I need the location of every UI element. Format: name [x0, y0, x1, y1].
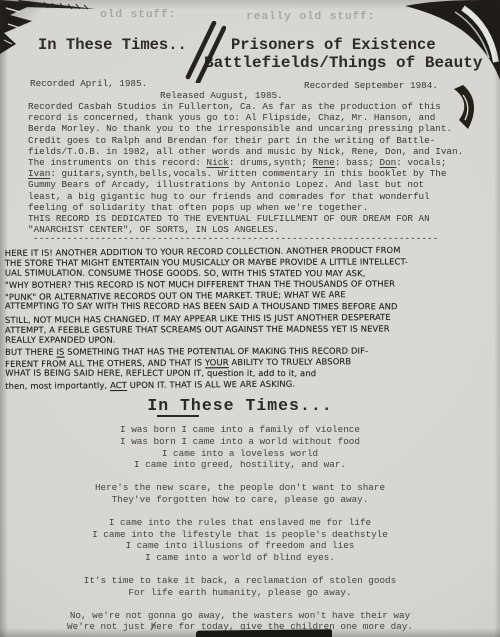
credits-line: fields/T.O.B. in 1982, all other words a…	[28, 146, 488, 157]
faded-label-old-stuff: old stuff:	[100, 9, 176, 21]
liner-notes-page: old stuff: really old stuff: In These Ti…	[0, 0, 500, 637]
credits-line: Credit goes to Ralph and Brendan for the…	[28, 135, 488, 146]
handwritten-line: UAL STIMULATION. CONSUME THOSE GOODS. SO…	[5, 268, 499, 280]
credits-line: The instruments on this record: Nick: dr…	[28, 157, 488, 168]
scroll-corner-icon-top-left	[0, 0, 96, 62]
credits-line: least, a big gigantic hug to our friends…	[28, 191, 488, 202]
handwritten-commentary: HERE IT IS! ANOTHER ADDITION TO YOUR REC…	[5, 245, 500, 391]
lyric-line: I came into illusions of freedom and lie…	[0, 540, 480, 552]
lyrics-stanza: I was born I came into a family of viole…	[0, 424, 480, 471]
song-title-underline	[157, 415, 199, 417]
lyric-line: I came into the lifestyle that is people…	[0, 529, 480, 541]
faded-label-really-old-stuff: really old stuff:	[246, 11, 375, 23]
lyrics-stanza: Here's the new scare, the people don't w…	[0, 482, 480, 506]
dashed-separator: ----------------------------------------…	[33, 233, 438, 244]
lyric-line: No, we're not gonna go away, the wasters…	[0, 610, 480, 622]
lyric-line: I was born I came into a family of viole…	[0, 424, 480, 436]
handwritten-line: REALLY EXPANDED UPON.	[5, 334, 499, 346]
lyric-line: I came into a world of blind eyes.	[0, 552, 480, 564]
handwritten-line: then, most importantly, ACT UPON IT. THA…	[5, 377, 499, 392]
credits-line: Gummy Bears of Arcady, illustrations by …	[28, 179, 488, 190]
lyric-line: They've forgotten how to care, please go…	[0, 494, 480, 506]
scroll-corner-icon-top-right	[405, 0, 500, 135]
song-title: In These Times...	[0, 396, 480, 416]
lyrics-stanza: It's time to take it back, a reclamation…	[0, 575, 480, 599]
lyric-line: I came into greed, hostility, and war.	[0, 459, 480, 471]
credits-line: feeling of solidarity that often pops up…	[28, 202, 488, 213]
lyric-line: It's time to take it back, a reclamation…	[0, 575, 480, 587]
lyric-line: I came into a loveless world	[0, 448, 480, 460]
lyrics-section: In These Times... I was born I came into…	[0, 396, 480, 637]
released-date: Released August, 1985.	[160, 90, 283, 101]
lyric-line: I came into the rules that enslaved me f…	[0, 517, 480, 529]
recorded-date-left: Recorded April, 1985.	[30, 78, 147, 89]
dedication-line: THIS RECORD IS DEDICATED TO THE EVENTUAL…	[28, 213, 488, 224]
lyrics-stanza: I came into the rules that enslaved me f…	[0, 517, 480, 564]
lyric-line: Here's the new scare, the people don't w…	[0, 482, 480, 494]
double-slash-divider-icon	[180, 21, 226, 83]
lyric-line: I was born I came into a world without f…	[0, 436, 480, 448]
lyric-line: For life earth humanity, please go away.	[0, 587, 480, 599]
scan-smudge	[196, 629, 332, 637]
pen-mark: /	[150, 622, 157, 634]
credits-line: Ivan: guitars,synth,bells,vocals. Writte…	[28, 168, 488, 179]
